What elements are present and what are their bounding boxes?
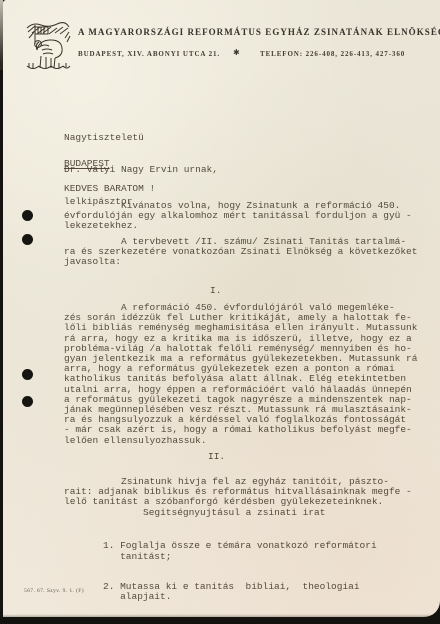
paragraph-plan: A tervbevett /II. számu/ Zsinati Tanitás… xyxy=(64,237,417,268)
print-imprint: 567. 67. Szyv. 9. 1. (F) xyxy=(24,588,84,594)
ink-dot xyxy=(22,210,33,221)
section-2-text: Zsinatunk hivja fel az egyház tanitóit, … xyxy=(64,477,412,508)
letter-page: A MAGYARORSZÁGI REFORMÁTUS EGYHÁZ ZSINAT… xyxy=(3,0,440,617)
scan-edge-left xyxy=(0,0,3,70)
numbered-list: 1. Foglalja össze e témára vonatkozó ref… xyxy=(103,521,377,623)
helper-note: Segitségnyujtásul a zsinati irat xyxy=(143,508,325,518)
section-heading-2: II. xyxy=(208,452,225,462)
ink-dot xyxy=(22,369,33,380)
paragraph-intro: Kivánatos volna, hogy Zsinatunk a reform… xyxy=(64,201,412,232)
section-heading-1: I. xyxy=(210,286,221,296)
star-separator-icon: ✱ xyxy=(233,48,240,57)
ink-dot xyxy=(22,234,33,245)
org-phone: TELEFON: 226-408, 226-413, 427-360 xyxy=(260,50,405,58)
scan-edge-bottom xyxy=(0,614,440,624)
org-name: A MAGYARORSZÁGI REFORMÁTUS EGYHÁZ ZSINAT… xyxy=(78,27,426,37)
recipient-city: BUDAPEST xyxy=(64,159,110,169)
list-item: 2. Mutassa ki e tanitás bibliai, theolog… xyxy=(103,582,377,602)
ink-dot xyxy=(22,396,33,407)
section-1-text: A reformáció 450. évfordulójáról való me… xyxy=(64,303,417,446)
org-address: BUDAPEST, XIV. ABONYI UTCA 21. xyxy=(78,50,220,58)
lamb-of-god-emblem-icon xyxy=(25,20,71,72)
recipient-salutation: Nagytiszteletü xyxy=(64,133,218,144)
greeting: KEDVES BARATOM ! xyxy=(64,184,155,194)
list-item: 1. Foglalja össze e témára vonatkozó ref… xyxy=(103,541,377,561)
